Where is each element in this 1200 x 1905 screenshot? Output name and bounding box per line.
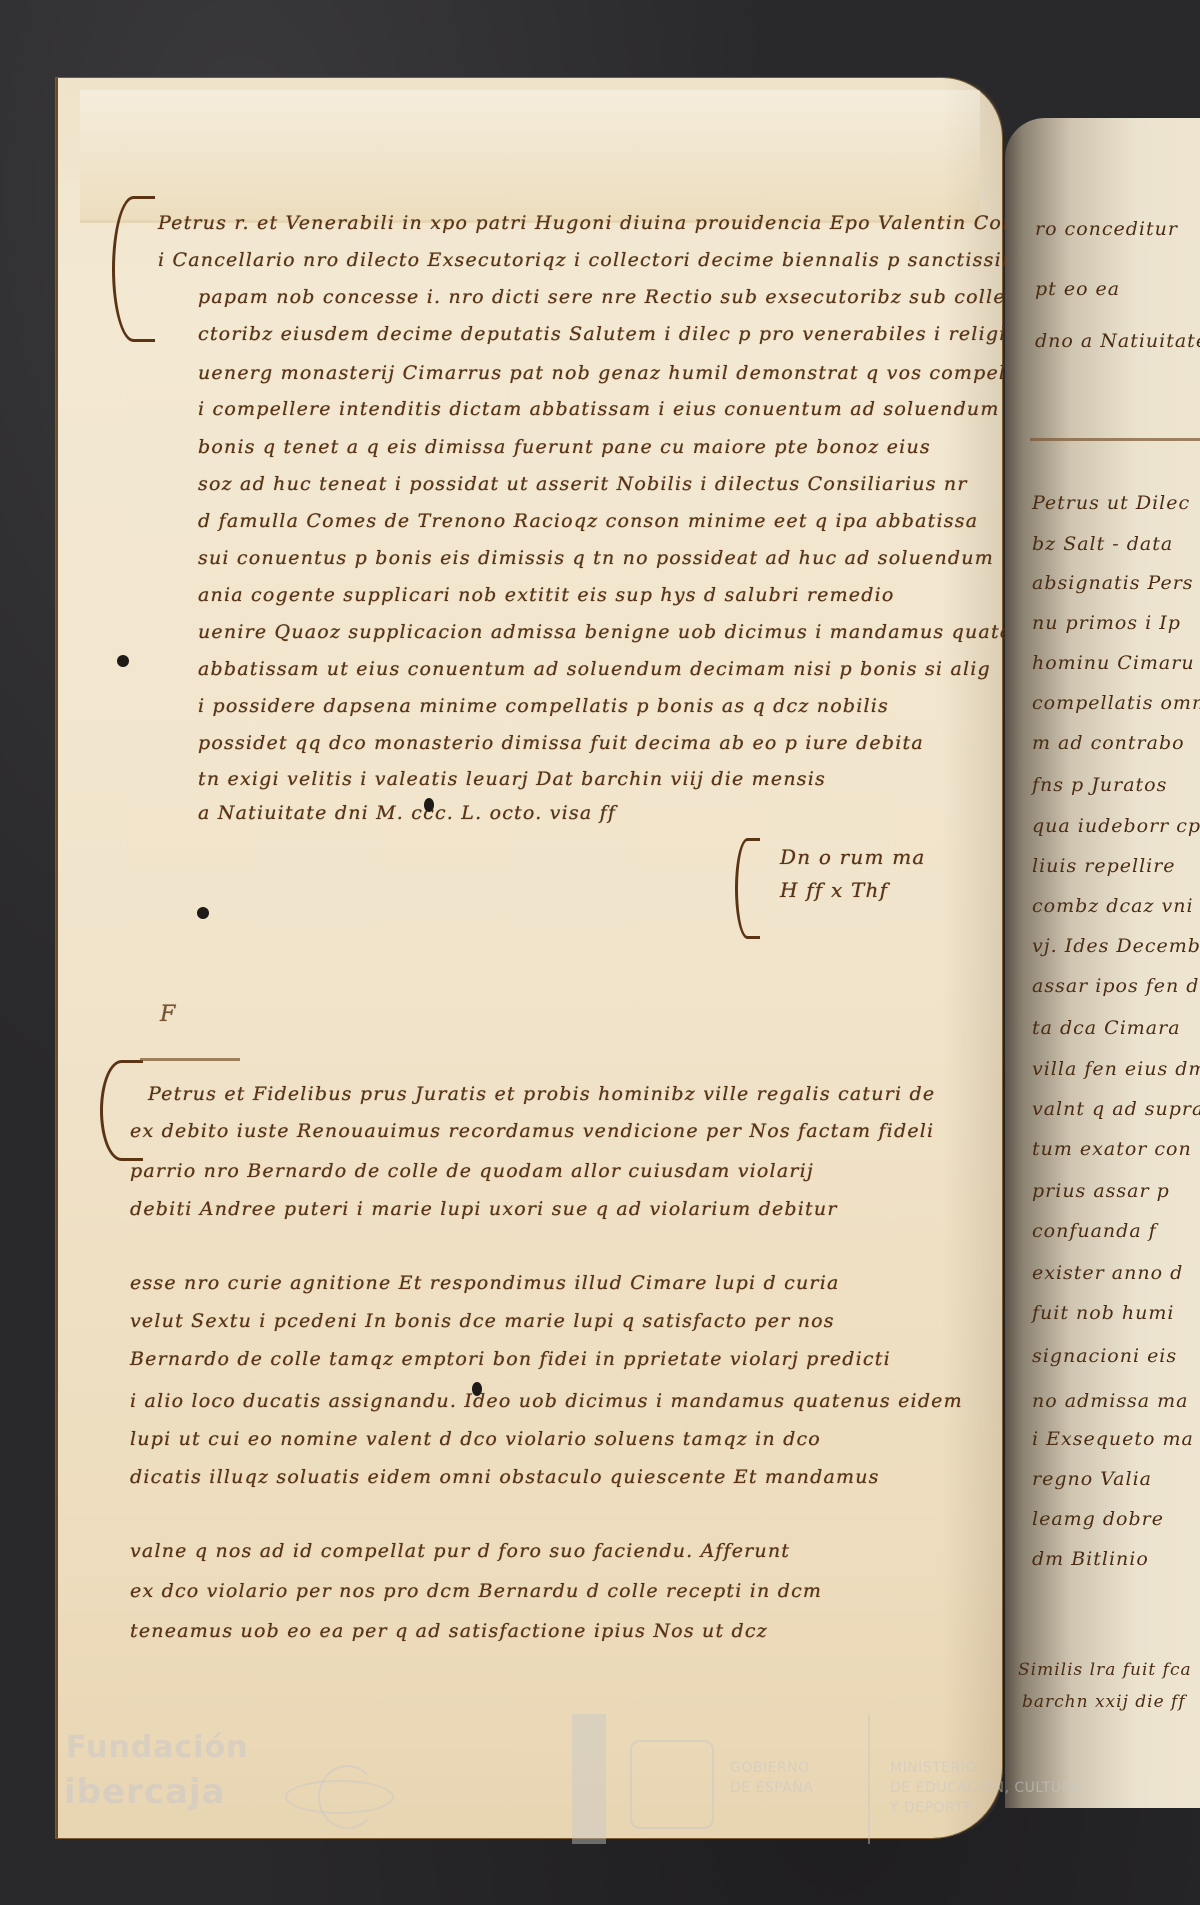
binding-hole xyxy=(472,1382,482,1396)
right-line: vj. Ides Decembris xyxy=(1032,935,1200,957)
right-line: qua iudeborr cp xyxy=(1032,815,1200,837)
right-line: hominu Cimaru xyxy=(1032,652,1195,674)
entry-1-line: uenire Quaoz supplicacion admissa benign… xyxy=(198,621,1050,643)
right-line: signacioni eis xyxy=(1032,1345,1177,1367)
entry-1-line: d famulla Comes de Trenono Racioqz conso… xyxy=(198,510,978,532)
right-line: leamg dobre xyxy=(1032,1508,1164,1530)
right-line: Similis lra fuit fca xyxy=(1018,1660,1192,1680)
binding-hole xyxy=(117,655,129,667)
signature-bracket xyxy=(735,838,760,939)
ministerio-text: Y DEPORTE xyxy=(890,1800,973,1817)
entry-1-line: ctoribz eiusdem decime deputatis Salutem… xyxy=(198,323,1043,345)
right-line: i Exsequeto ma xyxy=(1032,1428,1194,1450)
right-line: tum exator con xyxy=(1032,1138,1192,1160)
entry-2-line: lupi ut cui eo nomine valent d dco viola… xyxy=(130,1428,821,1450)
watermark-divider xyxy=(868,1714,870,1844)
right-line: liuis repellire xyxy=(1032,855,1176,877)
right-line: barchn xxij die ff xyxy=(1022,1692,1186,1712)
right-line: prius assar p xyxy=(1032,1180,1170,1202)
right-line: ta dca Cimara xyxy=(1032,1017,1181,1039)
right-line: combz dcaz vni xyxy=(1032,895,1194,917)
right-line: no admissa ma xyxy=(1032,1390,1189,1412)
entry-1-line: bonis q tenet a q eis dimissa fuerunt pa… xyxy=(198,436,931,458)
entry-1-line: tn exigi velitis i valeatis leuarj Dat b… xyxy=(198,768,826,790)
entry-2-line: teneamus uob eo ea per q ad satisfaction… xyxy=(130,1620,768,1642)
right-line: dm Bitlinio xyxy=(1032,1548,1149,1570)
entry-2-line: Bernardo de colle tamqz emptori bon fide… xyxy=(130,1348,891,1370)
water-stain xyxy=(80,90,980,223)
entry-1-line: i Cancellario nro dilecto Exsecutoriqz i… xyxy=(158,249,1054,271)
right-line: regno Valia xyxy=(1032,1468,1152,1490)
entry-2-line: ex dco violario per nos pro dcm Bernardu… xyxy=(130,1580,822,1602)
right-line: Petrus ut Dilec xyxy=(1032,492,1190,514)
right-line: m ad contrabo xyxy=(1032,732,1185,754)
signature-line: Dn o rum ma xyxy=(780,845,926,869)
right-line: fns p Juratos xyxy=(1032,774,1167,796)
entry-1-line: sui conuentus p bonis eis dimissis q tn … xyxy=(198,547,994,569)
entry-2-line: esse nro curie agnitione Et respondimus … xyxy=(130,1272,840,1294)
margin-mark: F xyxy=(160,1002,176,1027)
entry-1-line: a Natiuitate dni M. ccc. L. octo. visa f… xyxy=(198,802,616,824)
flag-bar-icon xyxy=(572,1714,606,1844)
right-line: assar ipos fen d xyxy=(1032,975,1199,997)
entry-1-line: abbatissam ut eius conuentum ad soluendu… xyxy=(198,658,991,680)
right-line: ro conceditur xyxy=(1035,218,1178,240)
fundacion-watermark-text: Fundación xyxy=(66,1730,248,1765)
ibercaja-swirl-icon xyxy=(318,1765,377,1829)
right-line: absignatis Pers xyxy=(1032,572,1194,594)
binding-hole xyxy=(197,907,209,919)
entry-2-flourish xyxy=(140,1058,240,1061)
entry-1-bracket xyxy=(112,196,155,342)
ministerio-text: MINISTERIO xyxy=(890,1760,977,1777)
de-espana-text: DE ESPAÑA xyxy=(730,1780,813,1797)
entry-2-line: parrio nro Bernardo de colle de quodam a… xyxy=(130,1160,814,1182)
section-divider xyxy=(1030,438,1200,441)
signature-line: H ff x Thf xyxy=(780,878,888,902)
entry-1-line: i compellere intenditis dictam abbatissa… xyxy=(198,398,1103,420)
entry-2-line: i alio loco ducatis assignandu. Ideo uob… xyxy=(130,1390,963,1412)
right-line: valnt q ad supra xyxy=(1032,1098,1200,1120)
right-line: pt eo ea xyxy=(1035,278,1120,300)
entry-1-line: papam nob concesse i. nro dicti sere nre… xyxy=(198,286,1006,308)
entry-2-line: debiti Andree puteri i marie lupi uxori … xyxy=(130,1198,838,1220)
right-line: compellatis omnia xyxy=(1032,692,1200,714)
ibercaja-watermark-text: ibercaja xyxy=(64,1772,226,1812)
entry-1-line: uenerg monasterij Cimarrus pat nob genaz… xyxy=(198,362,1048,384)
right-line: bz Salt - data xyxy=(1032,533,1173,555)
right-line: exister anno d xyxy=(1032,1262,1183,1284)
entry-1-line: possidet qq dco monasterio dimissa fuit … xyxy=(198,732,924,754)
entry-1-line: Petrus r. et Venerabili in xpo patri Hug… xyxy=(158,212,1091,234)
entry-2-line: ex debito iuste Renouauimus recordamus v… xyxy=(130,1120,934,1142)
right-line: dno a Natiuitate xyxy=(1035,330,1200,352)
entry-2-line: valne q nos ad id compellat pur d foro s… xyxy=(130,1540,790,1562)
entry-2-line: velut Sextu i pcedeni In bonis dce marie… xyxy=(130,1310,835,1332)
right-line: confuanda f xyxy=(1032,1220,1157,1242)
entry-1-line: i possidere dapsena minime compellatis p… xyxy=(198,695,889,717)
entry-1-line: soz ad huc teneat i possidat ut asserit … xyxy=(198,473,968,495)
right-line: nu primos i Ip xyxy=(1032,612,1181,634)
entry-2-line: Petrus et Fidelibus prus Juratis et prob… xyxy=(148,1083,935,1105)
entry-2-line: dicatis illuqz soluatis eidem omni obsta… xyxy=(130,1466,880,1488)
entry-1-line: ania cogente supplicari nob extitit eis … xyxy=(198,584,895,606)
coat-of-arms-icon xyxy=(630,1740,714,1829)
right-line: fuit nob humi xyxy=(1032,1302,1174,1324)
binding-hole xyxy=(424,798,434,812)
right-line: villa fen eius dm xyxy=(1032,1058,1200,1080)
entry-2-bracket xyxy=(100,1060,143,1161)
gobierno-text: GOBIERNO xyxy=(730,1760,810,1777)
ministerio-text: DE EDUCACIÓN, CULTURA xyxy=(890,1780,1081,1797)
